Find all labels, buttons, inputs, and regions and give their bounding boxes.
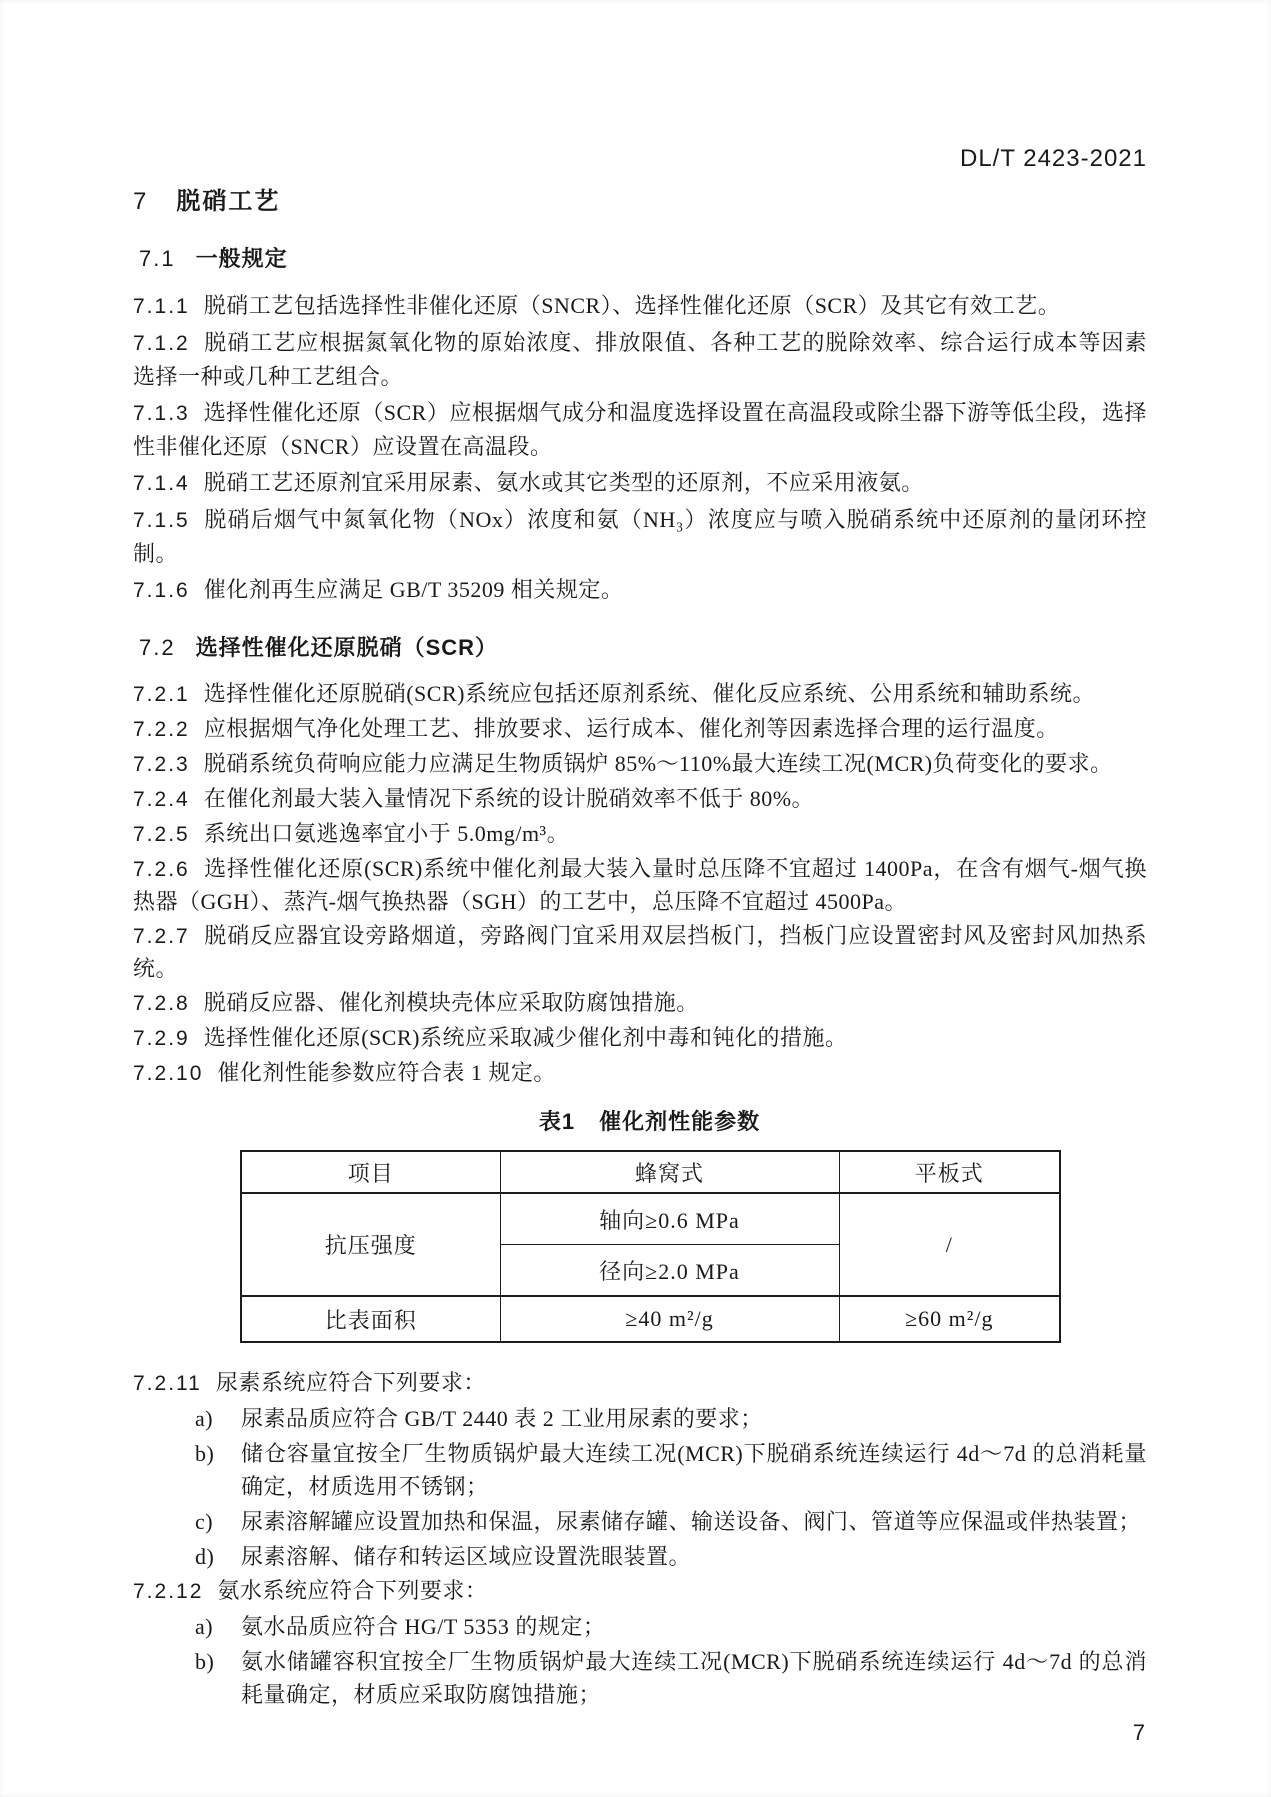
clause-number: 7.2.5 [133, 823, 190, 846]
table1-cell-area-honeycomb: ≥40 m²/g [500, 1296, 839, 1342]
section-7-1-body: 7.1.1脱硝工艺包括选择性非催化还原（SNCR）、选择性催化还原（SCR）及其… [133, 289, 1147, 607]
list-item-text: 尿素溶解罐应设置加热和保温，尿素储存罐、输送设备、阀门、管道等应保温或伴热装置； [241, 1505, 1147, 1538]
clause-7-2-3: 7.2.3脱硝系统负荷响应能力应满足生物质锅炉 85%～110%最大连续工况(M… [133, 748, 1147, 781]
clause-7-2-10: 7.2.10催化剂性能参数应符合表 1 规定。 [133, 1057, 1147, 1090]
clause-7-2-12: 7.2.12氨水系统应符合下列要求： [133, 1575, 1147, 1608]
clause-number: 7.2.7 [133, 925, 190, 948]
table1-cell-strength-item: 抗压强度 [241, 1193, 500, 1296]
clause-number: 7.2.1 [133, 683, 190, 706]
table1-cell-area-item: 比表面积 [241, 1296, 500, 1342]
table1-caption-number: 表1 [539, 1109, 575, 1134]
clause-text: 应根据烟气净化处理工艺、排放要求、运行成本、催化剂等因素选择合理的运行温度。 [204, 716, 1059, 741]
list-item: c)尿素溶解罐应设置加热和保温，尿素储存罐、输送设备、阀门、管道等应保温或伴热装… [133, 1505, 1147, 1538]
clause-text: 脱硝反应器、催化剂模块壳体应采取防腐蚀措施。 [204, 990, 699, 1015]
clause-number: 7.1.6 [133, 579, 190, 602]
clause-text: 脱硝工艺应根据氮氧化物的原始浓度、排放限值、各种工艺的脱除效率、综合运行成本等因… [133, 330, 1147, 389]
section-7-2-lists: 7.2.11尿素系统应符合下列要求： a)尿素品质应符合 GB/T 2440 表… [133, 1367, 1147, 1711]
clause-number: 7.2.11 [133, 1372, 202, 1395]
list-item: b)储仓容量宜按全厂生物质锅炉最大连续工况(MCR)下脱硝系统连续运行 4d～7… [133, 1437, 1147, 1503]
table1-header-item: 项目 [241, 1151, 500, 1193]
table1-header-row: 项目 蜂窝式 平板式 [241, 1151, 1060, 1193]
clause-text: 脱硝工艺还原剂宜采用尿素、氨水或其它类型的还原剂，不应采用液氨。 [204, 470, 924, 495]
section-title: 选择性催化还原脱硝（SCR） [196, 635, 498, 660]
list-item-label: c) [195, 1505, 241, 1538]
clause-7-2-12-list: a)氨水品质应符合 HG/T 5353 的规定； b)氨水储罐容积宜按全厂生物质… [133, 1610, 1147, 1711]
clause-7-2-11-list: a)尿素品质应符合 GB/T 2440 表 2 工业用尿素的要求； b)储仓容量… [133, 1402, 1147, 1573]
clause-text: 脱硝后烟气中氮氧化物（NOx）浓度和氨（NH₃）浓度应与喷入脱硝系统中还原剂的量… [133, 507, 1147, 566]
clause-number: 7.2.10 [133, 1062, 203, 1085]
table-row: 比表面积 ≥40 m²/g ≥60 m²/g [241, 1296, 1060, 1342]
list-item-label: d) [195, 1540, 241, 1573]
clause-7-2-5: 7.2.5系统出口氨逃逸率宜小于 5.0mg/m³。 [133, 818, 1147, 851]
table1-caption-title: 催化剂性能参数 [599, 1109, 760, 1134]
clause-text: 尿素系统应符合下列要求： [216, 1370, 486, 1395]
table1-catalyst-performance: 项目 蜂窝式 平板式 抗压强度 轴向≥0.6 MPa / 径向≥2.0 MPa … [240, 1150, 1061, 1343]
table1-cell-area-plate: ≥60 m²/g [839, 1296, 1060, 1342]
chapter-heading: 7脱硝工艺 [133, 186, 1147, 218]
clause-text: 氨水系统应符合下列要求： [217, 1578, 487, 1603]
clause-7-2-6: 7.2.6选择性催化还原(SCR)系统中催化剂最大装入量时总压降不宜超过 140… [133, 853, 1147, 918]
section-7-2-body: 7.2.1选择性催化还原脱硝(SCR)系统应包括还原剂系统、催化反应系统、公用系… [133, 678, 1147, 1090]
clause-number: 7.2.12 [133, 1580, 203, 1603]
list-item-text: 尿素品质应符合 GB/T 2440 表 2 工业用尿素的要求； [241, 1402, 1147, 1435]
clause-7-1-4: 7.1.4脱硝工艺还原剂宜采用尿素、氨水或其它类型的还原剂，不应采用液氨。 [133, 466, 1147, 500]
clause-text: 在催化剂最大装入量情况下系统的设计脱硝效率不低于 80%。 [204, 786, 814, 811]
clause-number: 7.1.1 [133, 295, 190, 318]
document-page: DL/T 2423-2021 7脱硝工艺 7.1一般规定 7.1.1脱硝工艺包括… [0, 0, 1271, 1797]
clause-text: 选择性催化还原(SCR)系统中催化剂最大装入量时总压降不宜超过 1400Pa，在… [133, 856, 1147, 914]
clause-number: 7.1.2 [133, 332, 190, 355]
page-number: 7 [133, 1721, 1147, 1745]
clause-text: 脱硝工艺包括选择性非催化还原（SNCR）、选择性催化还原（SCR）及其它有效工艺… [204, 293, 1061, 318]
chapter-number: 7 [133, 188, 146, 215]
table1-header-plate: 平板式 [839, 1151, 1060, 1193]
list-item: a)氨水品质应符合 HG/T 5353 的规定； [133, 1610, 1147, 1643]
clause-text: 脱硝系统负荷响应能力应满足生物质锅炉 85%～110%最大连续工况(MCR)负荷… [204, 751, 1113, 776]
clause-number: 7.1.3 [133, 402, 190, 425]
clause-number: 7.2.2 [133, 718, 190, 741]
section-heading-7-1: 7.1一般规定 [133, 244, 1147, 274]
list-item-text: 氨水储罐容积宜按全厂生物质锅炉最大连续工况(MCR)下脱硝系统连续运行 4d～7… [241, 1645, 1147, 1711]
clause-7-2-8: 7.2.8脱硝反应器、催化剂模块壳体应采取防腐蚀措施。 [133, 987, 1147, 1020]
list-item-label: a) [195, 1610, 241, 1643]
clause-text: 催化剂再生应满足 GB/T 35209 相关规定。 [204, 577, 624, 602]
clause-number: 7.1.5 [133, 509, 190, 532]
clause-text: 脱硝反应器宜设旁路烟道，旁路阀门宜采用双层挡板门，挡板门应设置密封风及密封风加热… [133, 923, 1147, 981]
clause-7-2-9: 7.2.9选择性催化还原(SCR)系统应采取减少催化剂中毒和钝化的措施。 [133, 1022, 1147, 1055]
table-row: 抗压强度 轴向≥0.6 MPa / [241, 1193, 1060, 1245]
clause-number: 7.2.8 [133, 992, 190, 1015]
clause-7-1-1: 7.1.1脱硝工艺包括选择性非催化还原（SNCR）、选择性催化还原（SCR）及其… [133, 289, 1147, 323]
table1-cell-strength-plate: / [839, 1193, 1060, 1296]
clause-number: 7.2.9 [133, 1027, 190, 1050]
doc-number: DL/T 2423-2021 [133, 146, 1147, 172]
clause-number: 7.2.6 [133, 858, 190, 881]
clause-number: 7.1.4 [133, 472, 190, 495]
clause-7-1-3: 7.1.3选择性催化还原（SCR）应根据烟气成分和温度选择设置在高温段或除尘器下… [133, 396, 1147, 463]
clause-number: 7.2.4 [133, 788, 190, 811]
section-title: 一般规定 [196, 246, 288, 271]
table1-cell-strength-axial: 轴向≥0.6 MPa [500, 1193, 839, 1245]
list-item-label: a) [195, 1402, 241, 1435]
clause-text: 选择性催化还原(SCR)系统应采取减少催化剂中毒和钝化的措施。 [204, 1025, 848, 1050]
list-item: a)尿素品质应符合 GB/T 2440 表 2 工业用尿素的要求； [133, 1402, 1147, 1435]
list-item: b)氨水储罐容积宜按全厂生物质锅炉最大连续工况(MCR)下脱硝系统连续运行 4d… [133, 1645, 1147, 1711]
section-number: 7.1 [139, 246, 176, 271]
list-item-label: b) [195, 1437, 241, 1503]
list-item-label: b) [195, 1645, 241, 1711]
clause-text: 选择性催化还原脱硝(SCR)系统应包括还原剂系统、催化反应系统、公用系统和辅助系… [204, 681, 1095, 706]
list-item: d)尿素溶解、储存和转运区域应设置洗眼装置。 [133, 1540, 1147, 1573]
clause-7-1-5: 7.1.5脱硝后烟气中氮氧化物（NOx）浓度和氨（NH₃）浓度应与喷入脱硝系统中… [133, 503, 1147, 570]
list-item-text: 尿素溶解、储存和转运区域应设置洗眼装置。 [241, 1540, 1147, 1573]
section-number: 7.2 [139, 635, 176, 660]
table1-caption: 表1催化剂性能参数 [240, 1108, 1059, 1136]
clause-7-2-1: 7.2.1选择性催化还原脱硝(SCR)系统应包括还原剂系统、催化反应系统、公用系… [133, 678, 1147, 711]
clause-text: 催化剂性能参数应符合表 1 规定。 [217, 1060, 556, 1085]
clause-number: 7.2.3 [133, 753, 190, 776]
clause-text: 系统出口氨逃逸率宜小于 5.0mg/m³。 [204, 821, 569, 846]
table1-cell-strength-radial: 径向≥2.0 MPa [500, 1245, 839, 1297]
section-heading-7-2: 7.2选择性催化还原脱硝（SCR） [133, 633, 1147, 663]
clause-7-2-2: 7.2.2应根据烟气净化处理工艺、排放要求、运行成本、催化剂等因素选择合理的运行… [133, 713, 1147, 746]
clause-7-1-6: 7.1.6催化剂再生应满足 GB/T 35209 相关规定。 [133, 573, 1147, 607]
clause-7-1-2: 7.1.2脱硝工艺应根据氮氧化物的原始浓度、排放限值、各种工艺的脱除效率、综合运… [133, 326, 1147, 393]
list-item-text: 储仓容量宜按全厂生物质锅炉最大连续工况(MCR)下脱硝系统连续运行 4d～7d … [241, 1437, 1147, 1503]
clause-7-2-11: 7.2.11尿素系统应符合下列要求： [133, 1367, 1147, 1400]
table1-header-honeycomb: 蜂窝式 [500, 1151, 839, 1193]
chapter-title: 脱硝工艺 [176, 188, 280, 215]
list-item-text: 氨水品质应符合 HG/T 5353 的规定； [241, 1610, 1147, 1643]
clause-text: 选择性催化还原（SCR）应根据烟气成分和温度选择设置在高温段或除尘器下游等低尘段… [133, 400, 1147, 459]
clause-7-2-4: 7.2.4在催化剂最大装入量情况下系统的设计脱硝效率不低于 80%。 [133, 783, 1147, 816]
clause-7-2-7: 7.2.7脱硝反应器宜设旁路烟道，旁路阀门宜采用双层挡板门，挡板门应设置密封风及… [133, 920, 1147, 985]
